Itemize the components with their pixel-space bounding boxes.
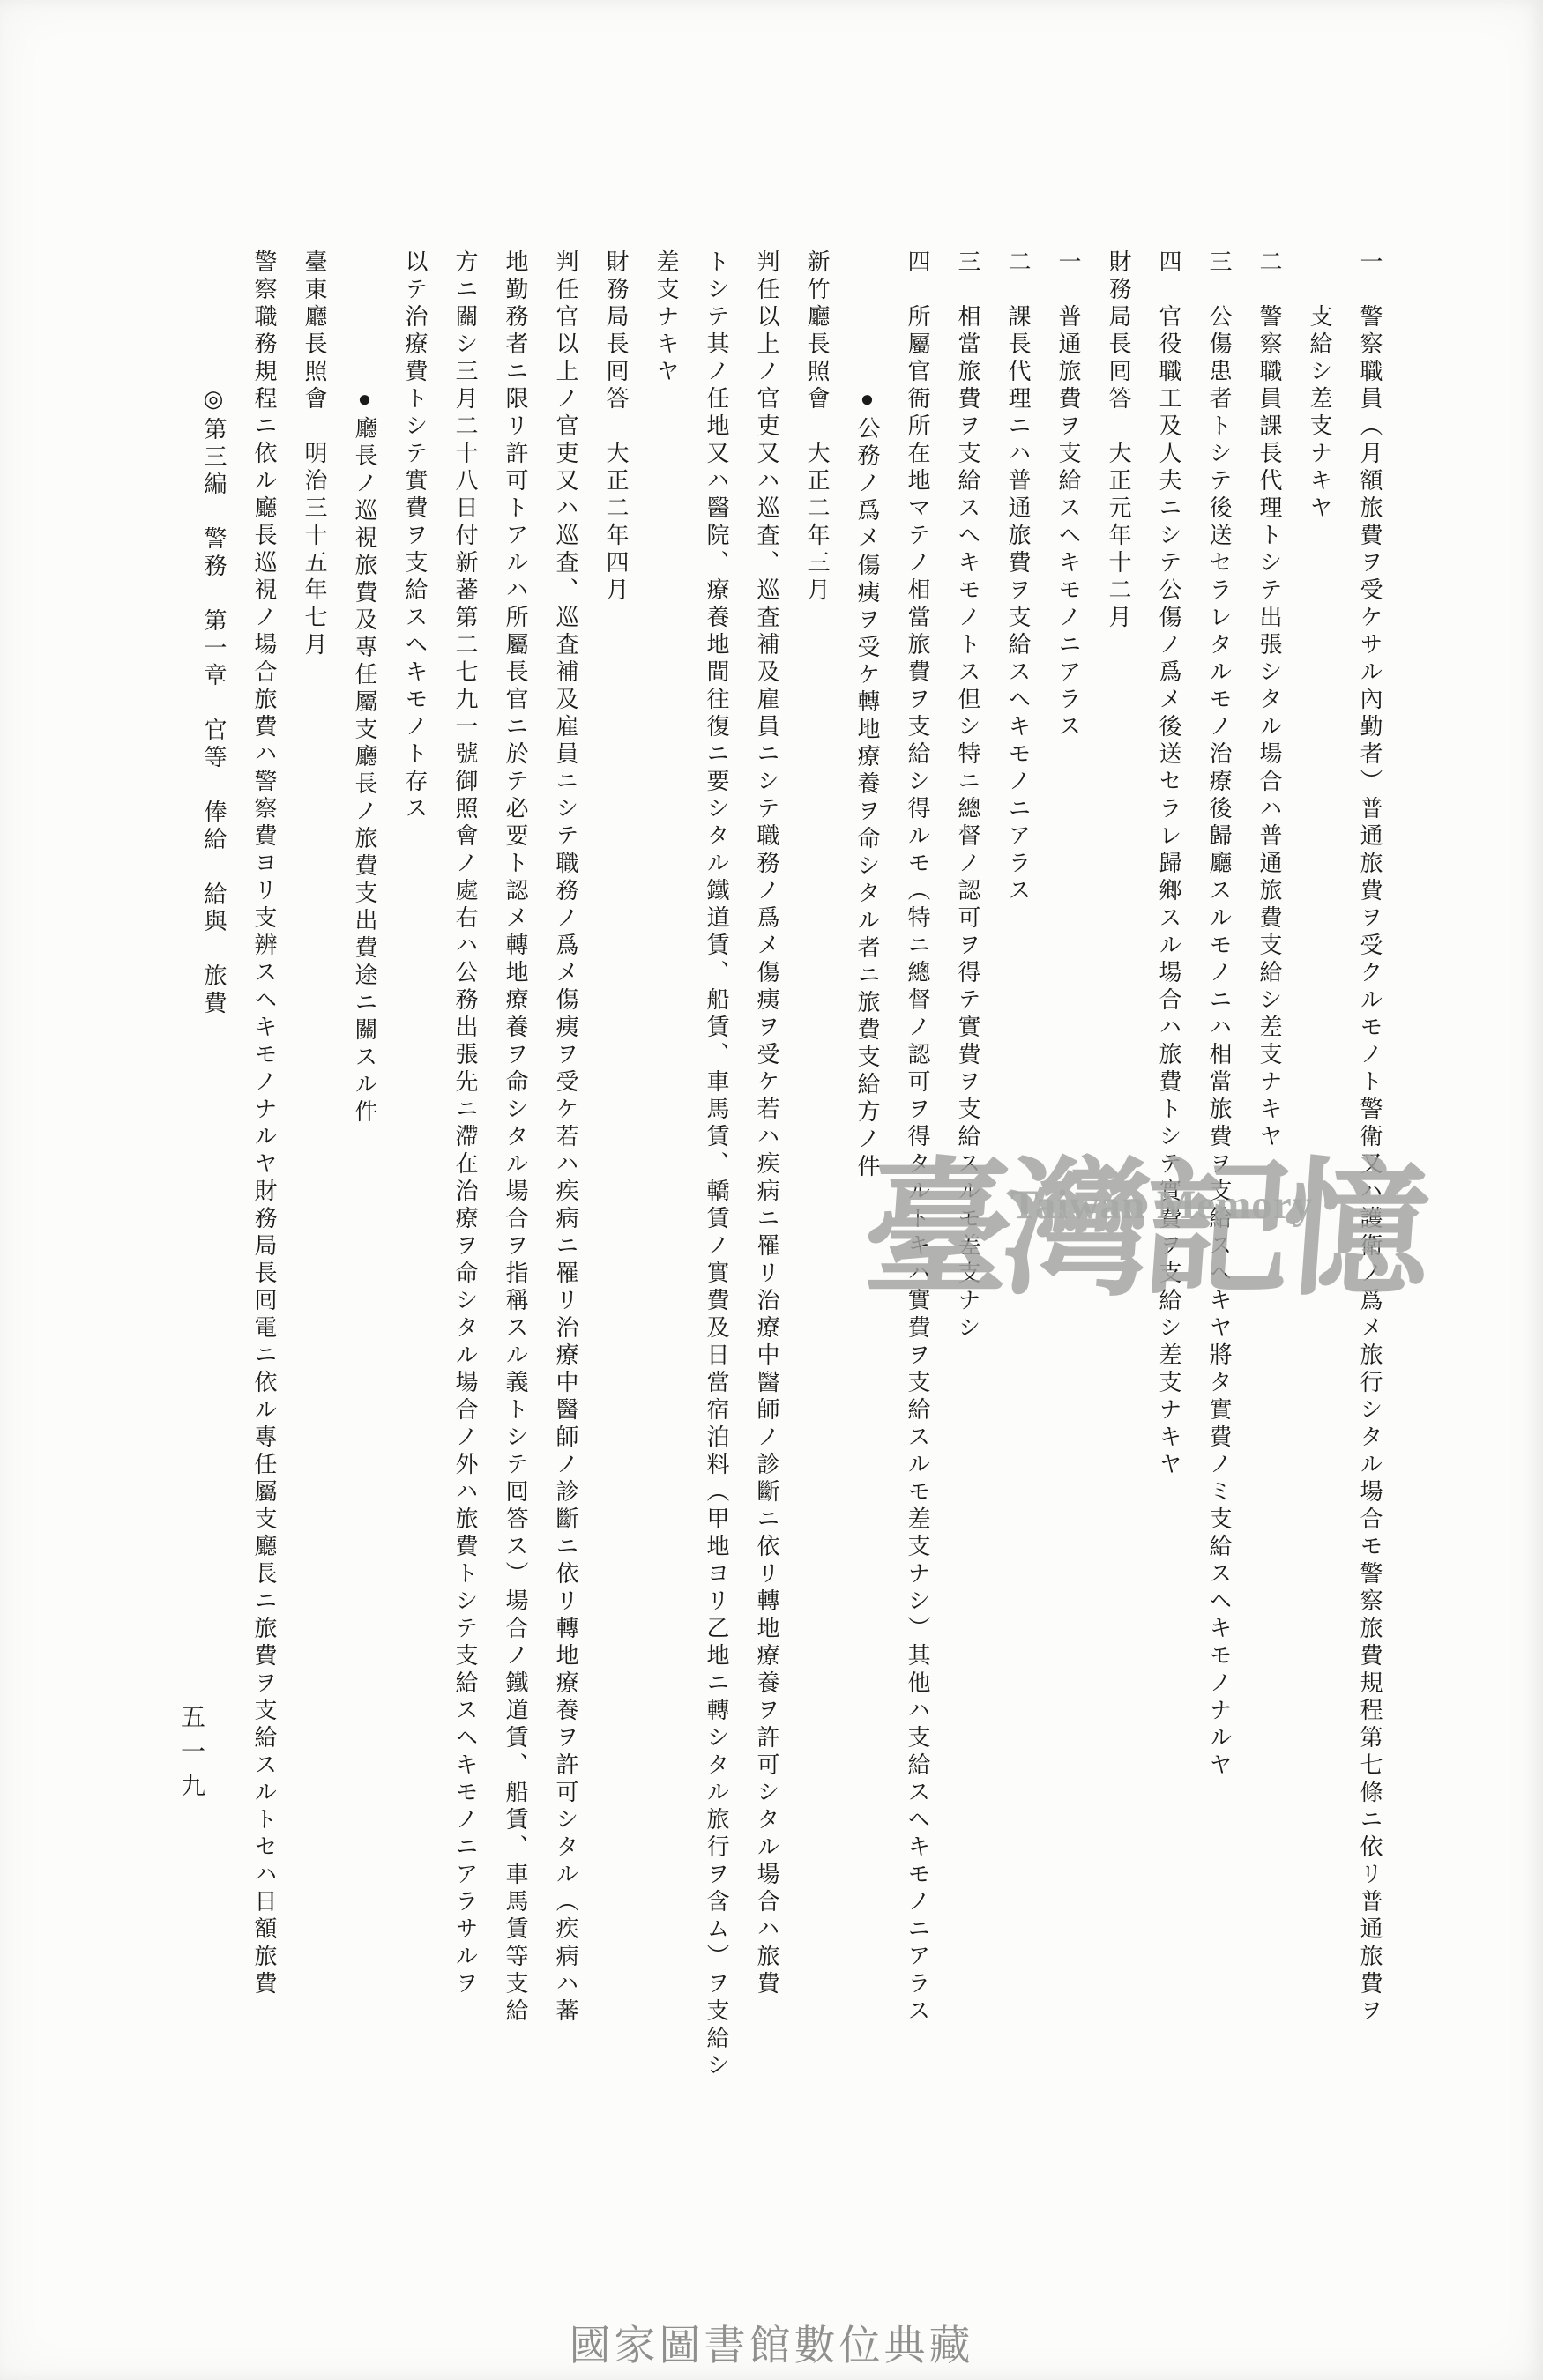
- scanned-document-page: 一 警察職員（月額旅費ヲ受ケサル內勤者）普通旅費ヲ受クルモノト警衛又ハ護衛ノ爲メ…: [0, 0, 1543, 2380]
- reply-header-2: 財務局長囘答 大正二年四月: [602, 249, 629, 2114]
- answer-item-1: 一 普通旅費ヲ支給スヘキモノニアラス: [1055, 249, 1081, 2114]
- library-caption: 國家圖書館數位典藏: [0, 2313, 1543, 2372]
- inquiry-header-1: 新竹廳長照會 大正二年三月: [803, 249, 830, 2114]
- question-item-3: 三 公傷患者トシテ後送セラレタルモノ治療後歸廳スルモノニハ相當旅費ヲ支給スヘキヤ…: [1205, 249, 1232, 2114]
- answer-item-3: 三 相當旅費ヲ支給スヘキモノトス但シ特ニ總督ノ認可ヲ得テ實費ヲ支給スルモ差支ナシ: [954, 249, 980, 2114]
- answer-item-4: 四 所屬官衙所在地マテノ相當旅費ヲ支給シ得ルモ（特ニ總督ノ認可ヲ得タルトキハ實費…: [904, 249, 930, 2114]
- question-item-4: 四 官役職工及人夫ニシテ公傷ノ爲メ後送セラレ歸鄉スル場合ハ旅費トシテ實費ヲ支給シ…: [1155, 249, 1181, 2114]
- reply-header-1: 財務局長囘答 大正元年十二月: [1105, 249, 1131, 2114]
- question-item-2: 二 警察職員課長代理トシテ出張シタル場合ハ普通旅費支給シ差支ナキヤ: [1256, 249, 1282, 2114]
- section-heading-1: ●公務ノ爲メ傷痍ヲ受ケ轉地療養ヲ命シタル者ニ旅費支給方ノ件: [853, 249, 880, 2114]
- vertical-text-block: 一 警察職員（月額旅費ヲ受ケサル內勤者）普通旅費ヲ受クルモノト警衛又ハ護衛ノ爲メ…: [176, 249, 1383, 2114]
- body-paragraph-line: 差支ナキヤ: [652, 249, 679, 2114]
- page-number: 五一九: [173, 1704, 208, 1807]
- body-paragraph-line: 地勤務者ニ限リ許可トアルハ所屬長官ニ於テ必要ト認メ轉地療養ヲ命シタル場合ヲ指稱ス…: [502, 249, 528, 2114]
- question-item-1-cont: 支給シ差支ナキヤ: [1306, 249, 1332, 2114]
- question-item-1: 一 警察職員（月額旅費ヲ受ケサル內勤者）普通旅費ヲ受クルモノト警衛又ハ護衛ノ爲メ…: [1356, 249, 1383, 2114]
- answer-item-2: 二 課長代理ニハ普通旅費ヲ支給スヘキモノニアラス: [1004, 249, 1031, 2114]
- body-paragraph-line: 警察職務規程ニ依ル廳長巡視ノ場合旅費ハ警察費ヨリ支辨スヘキモノナルヤ財務局長囘電…: [250, 249, 277, 2114]
- section-heading-2: ●廳長ノ巡視旅費及專任屬支廳長ノ旅費支出費途ニ關スル件: [351, 249, 377, 2114]
- body-paragraph-line: トシテ其ノ任地又ハ醫院、療養地間往復ニ要シタル鐵道賃、船賃、車馬賃、轎賃ノ實費及…: [703, 249, 729, 2114]
- body-paragraph-line: 判任以上ノ官吏又ハ巡査、巡査補及雇員ニシテ職務ノ爲メ傷痍ヲ受ケ若ハ疾病ニ罹リ治療…: [753, 249, 779, 2114]
- running-header: ◎第三編 警務 第一章 官等 俸給 給與 旅費: [200, 249, 227, 2114]
- body-paragraph-line: 方ニ關シ三月二十八日付新蕃第二七九一號御照會ノ處右ハ公務出張先ニ滯在治療ヲ命シタ…: [451, 249, 478, 2114]
- inquiry-header-2: 臺東廳長照會 明治三十五年七月: [301, 249, 327, 2114]
- body-paragraph-line: 判任官以上ノ官吏又ハ巡査、巡査補及雇員ニシテ職務ノ爲メ傷痍ヲ受ケ若ハ疾病ニ罹リ治…: [552, 249, 578, 2114]
- body-paragraph-line: 以テ治療費トシテ實費ヲ支給スヘキモノト存ス: [401, 249, 428, 2114]
